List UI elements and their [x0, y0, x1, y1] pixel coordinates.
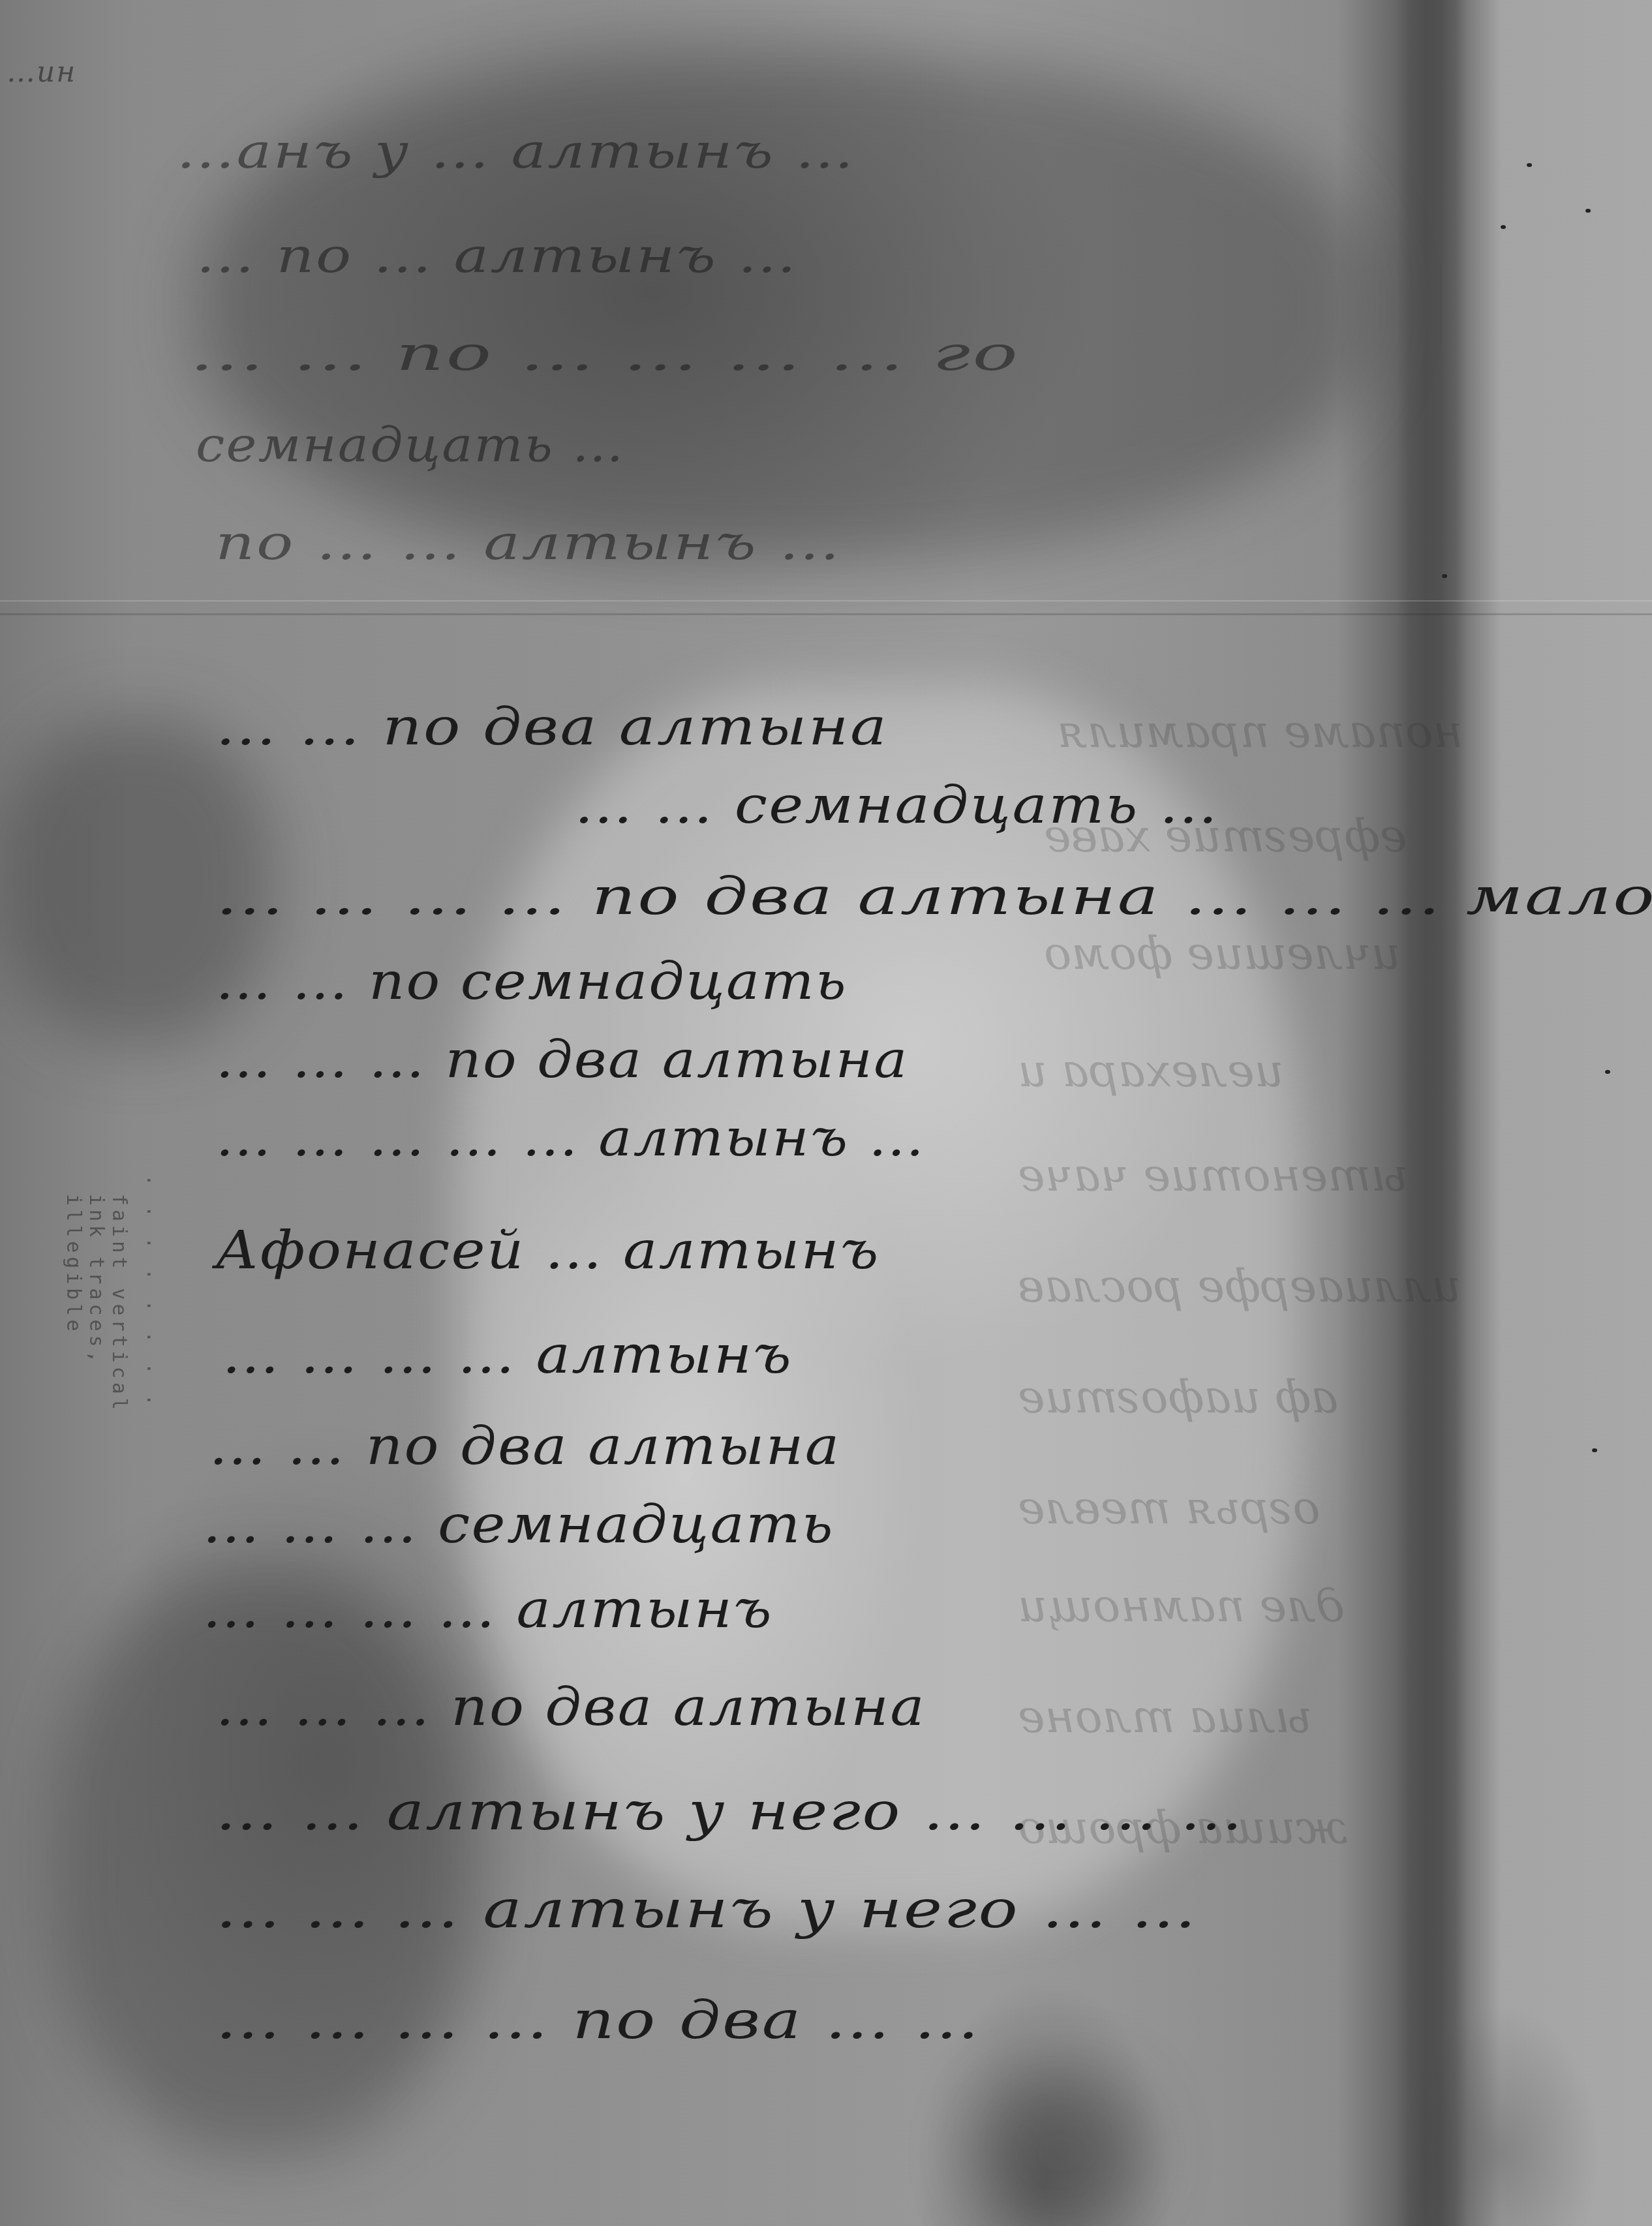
manuscript-line: … … по два алтына: [215, 698, 888, 757]
bleed-through-text: жиша фрошо: [1018, 1801, 1347, 1854]
bleed-through-text: огрья тевле: [1018, 1481, 1321, 1534]
ink-speck: [1501, 225, 1506, 229]
bleed-through-text: иелехара и: [1018, 1044, 1284, 1097]
manuscript-line: семнадцать …: [196, 418, 625, 472]
bleed-through-text: аф иафогтие: [1018, 1370, 1338, 1424]
ink-speck: [1442, 574, 1447, 578]
bleed-through-text: нопаме прамиля: [1057, 705, 1463, 758]
margin-traces: · · · · · · · ·: [137, 1174, 160, 1474]
manuscript-line: … … … … … алтынъ …: [215, 1109, 926, 1168]
ink-speck: [1605, 1070, 1610, 1074]
manuscript-page: …ин …анъ у … алтынъ … … по … алтынъ … … …: [0, 0, 1652, 2226]
manuscript-line: по … … алтынъ …: [215, 515, 842, 570]
ink-speck: [1585, 209, 1591, 213]
ink-speck: [1592, 1448, 1597, 1452]
bleed-through-text: ичлешие фомо: [1044, 926, 1401, 980]
manuscript-line: … … … … по два … …: [215, 1990, 981, 2051]
manuscript-line: … … по семнадцать: [215, 953, 848, 1011]
water-stain: [52, 1566, 476, 2153]
bleed-through-text: ефрегтие хаве: [1044, 809, 1407, 862]
bleed-through-text: ытенотие чаче: [1018, 1148, 1408, 1202]
paper-fold: [0, 600, 1652, 602]
manuscript-line: … … … по два алтына: [215, 1031, 909, 1090]
manuscript-line: …анъ у … алтынъ …: [176, 124, 855, 179]
manuscript-line: … … по два алтына: [209, 1416, 840, 1476]
manuscript-line: … … … по два алтына: [215, 1677, 926, 1737]
water-stain: [979, 2075, 1142, 2226]
bleed-through-text: дле памнощи: [1018, 1579, 1345, 1632]
manuscript-line: … … … алтынъ у него … …: [215, 1879, 1198, 1940]
margin-traces: faint vertical ink traces, illegible: [62, 1194, 130, 1468]
ink-speck: [1527, 163, 1532, 167]
manuscript-line: … … по … … … … го: [189, 326, 1020, 381]
manuscript-line: … … … … алтынъ: [222, 1324, 793, 1385]
manuscript-line: … … … семнадцать: [202, 1494, 834, 1555]
paper-fold-shadow: [0, 613, 1652, 615]
manuscript-line: … по … алтынъ …: [196, 228, 798, 283]
bleed-through-text: ылиа тлоне: [1018, 1690, 1312, 1743]
manuscript-line: Афонасей … алтынъ: [215, 1220, 880, 1281]
bleed-through-text: иллиаерфе рослав: [1018, 1259, 1461, 1313]
paper-shadow-band: [1396, 0, 1468, 2226]
corner-mark: …ин: [7, 55, 76, 89]
manuscript-line: … … … … по два алтына … … … мало: [215, 868, 1652, 926]
manuscript-line: … … … … алтынъ: [202, 1579, 773, 1639]
